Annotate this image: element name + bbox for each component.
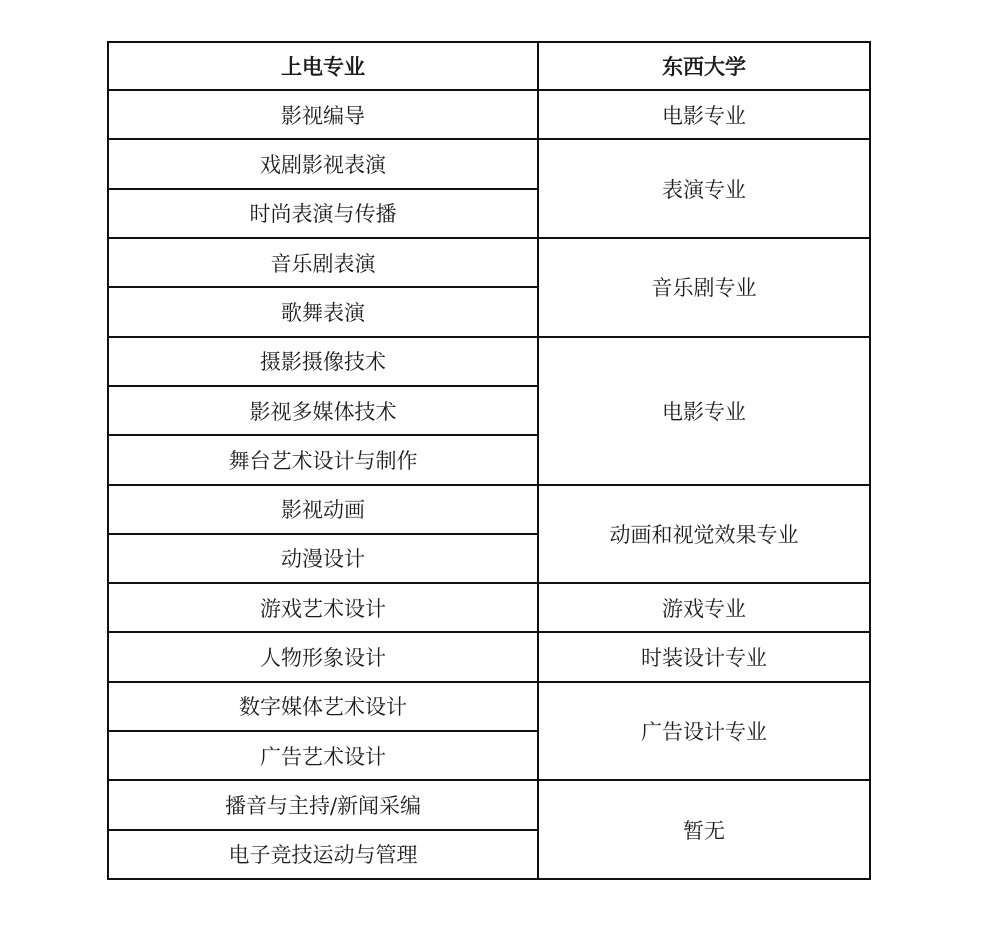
left-cell: 时尚表演与传播 (108, 189, 538, 238)
right-cell: 时装设计专业 (538, 632, 870, 681)
major-comparison-table: 上电专业 东西大学 影视编导 电影专业 戏剧影视表演 表演专业 时尚表演与传播 … (107, 41, 871, 880)
left-cell: 游戏艺术设计 (108, 583, 538, 632)
left-cell: 数字媒体艺术设计 (108, 682, 538, 731)
right-cell: 表演专业 (538, 139, 870, 238)
header-shangdian-majors: 上电专业 (108, 42, 538, 90)
left-cell: 音乐剧表演 (108, 238, 538, 287)
left-cell: 舞台艺术设计与制作 (108, 435, 538, 484)
left-cell: 电子竞技运动与管理 (108, 830, 538, 879)
right-cell: 电影专业 (538, 90, 870, 139)
left-cell: 人物形象设计 (108, 632, 538, 681)
table-row: 人物形象设计 时装设计专业 (108, 632, 870, 681)
table-row: 数字媒体艺术设计 广告设计专业 (108, 682, 870, 731)
right-cell: 电影专业 (538, 337, 870, 485)
header-dongxi-university: 东西大学 (538, 42, 870, 90)
table-row: 影视编导 电影专业 (108, 90, 870, 139)
left-cell: 歌舞表演 (108, 287, 538, 336)
left-cell: 影视动画 (108, 485, 538, 534)
table-row: 摄影摄像技术 电影专业 (108, 337, 870, 386)
right-cell: 游戏专业 (538, 583, 870, 632)
header-row: 上电专业 东西大学 (108, 42, 870, 90)
right-cell: 音乐剧专业 (538, 238, 870, 337)
left-cell: 播音与主持/新闻采编 (108, 780, 538, 829)
table-row: 音乐剧表演 音乐剧专业 (108, 238, 870, 287)
right-cell: 动画和视觉效果专业 (538, 485, 870, 584)
right-cell: 广告设计专业 (538, 682, 870, 781)
table-row: 游戏艺术设计 游戏专业 (108, 583, 870, 632)
left-cell: 戏剧影视表演 (108, 139, 538, 188)
table-row: 影视动画 动画和视觉效果专业 (108, 485, 870, 534)
left-cell: 影视多媒体技术 (108, 386, 538, 435)
left-cell: 动漫设计 (108, 534, 538, 583)
table-row: 戏剧影视表演 表演专业 (108, 139, 870, 188)
left-cell: 摄影摄像技术 (108, 337, 538, 386)
left-cell: 广告艺术设计 (108, 731, 538, 780)
right-cell: 暂无 (538, 780, 870, 879)
left-cell: 影视编导 (108, 90, 538, 139)
table-row: 播音与主持/新闻采编 暂无 (108, 780, 870, 829)
